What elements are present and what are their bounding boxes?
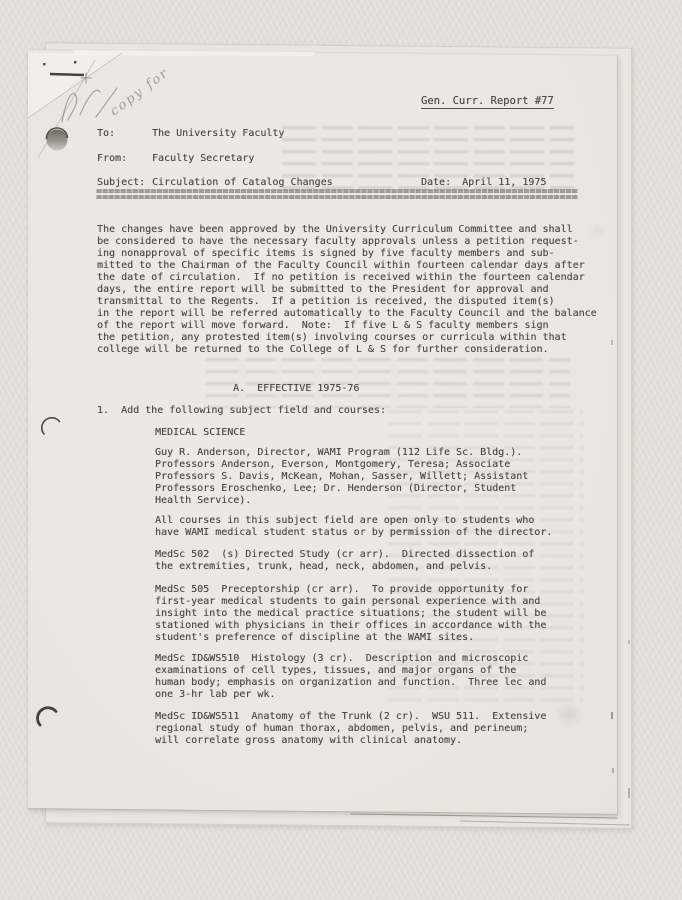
pencil-scribble — [62, 73, 117, 122]
punch-hole-middle — [42, 418, 60, 434]
punch-hole-top — [46, 128, 67, 151]
scanned-memo-screenshot: Gen. Curr. Report #77 To:The University … — [0, 0, 682, 900]
punch-hole-bottom — [38, 708, 56, 725]
page-artifacts-over — [0, 0, 682, 900]
staple-mark — [43, 61, 84, 75]
